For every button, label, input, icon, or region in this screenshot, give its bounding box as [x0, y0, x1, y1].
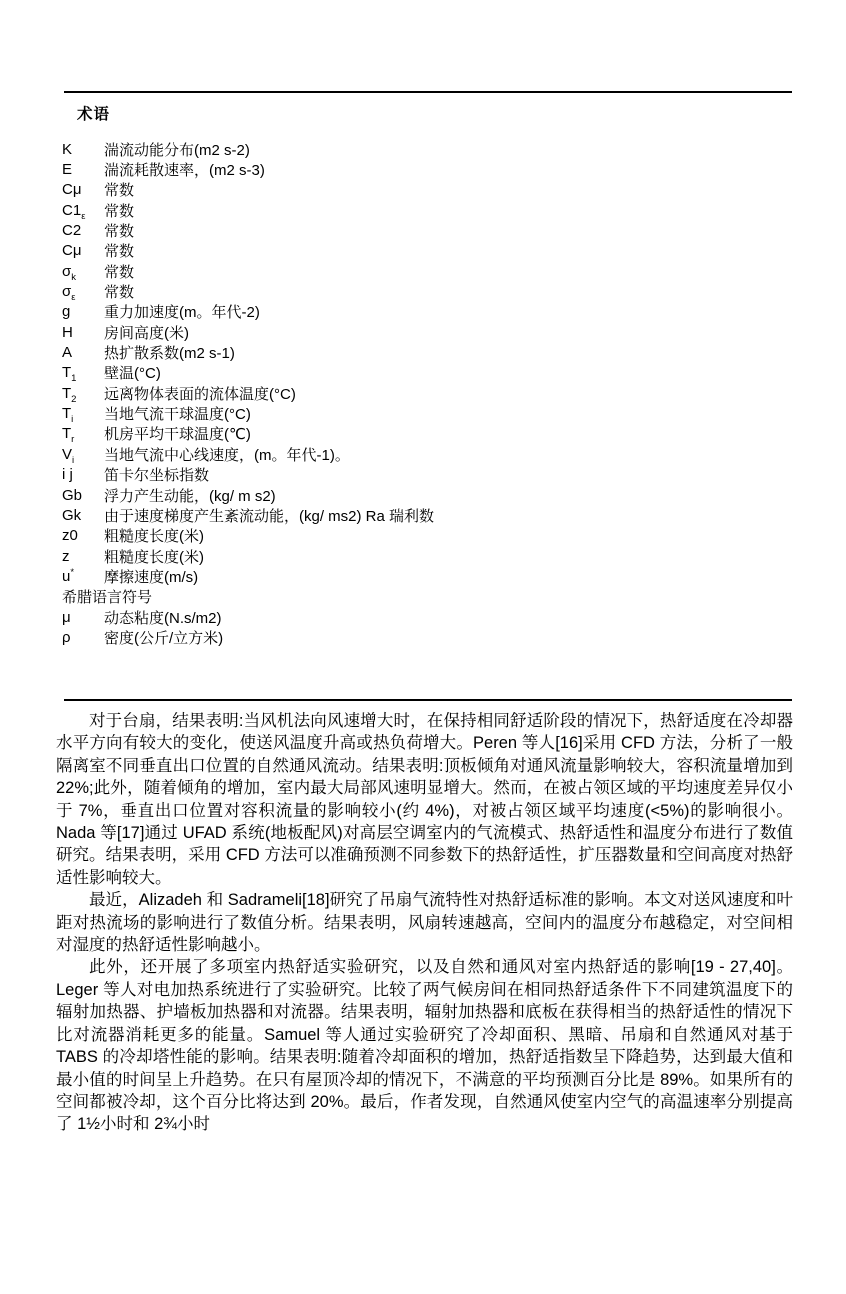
nomenclature-heading: 术语 — [77, 102, 110, 124]
bottom-divider-rule — [64, 699, 792, 701]
paragraph-experimental-studies: 此外，还开展了多项室内热舒适实验研究，以及自然和通风对室内热舒适的影响[19 -… — [56, 956, 793, 1135]
nomenclature-row: Ti 当地气流干球温度(°C) — [62, 403, 786, 423]
symbol: z0 — [62, 527, 104, 544]
definition: 粗糙度长度(米) — [104, 546, 786, 567]
symbol: g — [62, 303, 104, 320]
definition: 动态粘度(N.s/m2) — [104, 607, 786, 628]
nomenclature-row: Vi 当地气流中心线速度，(m。年代-1)。 — [62, 444, 786, 464]
nomenclature-row: u* 摩擦速度(m/s) — [62, 566, 786, 586]
nomenclature-row: Gb 浮力产生动能，(kg/ m s2) — [62, 485, 786, 505]
symbol: σε — [62, 283, 104, 300]
definition: 粗糙度长度(米) — [104, 525, 786, 546]
definition: 当地气流干球温度(°C) — [104, 403, 786, 424]
nomenclature-row: K 湍流动能分布(m2 s-2) — [62, 139, 786, 159]
symbol: Ti — [62, 405, 104, 422]
definition: 常数 — [104, 240, 786, 261]
definition: 由于速度梯度产生紊流动能，(kg/ ms2) Ra 瑞利数 — [104, 505, 786, 526]
nomenclature-row: ρ 密度(公斤/立方米) — [62, 627, 786, 647]
symbol: A — [62, 344, 104, 361]
nomenclature-row: Cμ 常数 — [62, 241, 786, 261]
definition: 热扩散系数(m2 s-1) — [104, 342, 786, 363]
symbol: σk — [62, 263, 104, 280]
nomenclature-row: μ 动态粘度(N.s/m2) — [62, 607, 786, 627]
definition: 常数 — [104, 220, 786, 241]
nomenclature-row: Gk 由于速度梯度产生紊流动能，(kg/ ms2) Ra 瑞利数 — [62, 505, 786, 525]
symbol: i j — [62, 466, 104, 483]
definition: 浮力产生动能，(kg/ m s2) — [104, 485, 786, 506]
definition: 常数 — [104, 179, 786, 200]
definition: 密度(公斤/立方米) — [104, 627, 786, 648]
symbol: T1 — [62, 364, 104, 381]
definition: 常数 — [104, 281, 786, 302]
nomenclature-row: g 重力加速度(m。年代-2) — [62, 302, 786, 322]
definition: 远离物体表面的流体温度(°C) — [104, 383, 786, 404]
symbol: H — [62, 324, 104, 341]
symbol: Cμ — [62, 242, 104, 259]
definition: 笛卡尔坐标指数 — [104, 464, 786, 485]
nomenclature-row: C1ε 常数 — [62, 200, 786, 220]
definition: 机房平均干球温度(℃) — [104, 423, 786, 444]
symbol: ρ — [62, 629, 104, 646]
definition: 房间高度(米) — [104, 322, 786, 343]
nomenclature-row: i j 笛卡尔坐标指数 — [62, 465, 786, 485]
nomenclature-row: T1 壁温(°C) — [62, 363, 786, 383]
definition: 重力加速度(m。年代-2) — [104, 301, 786, 322]
paragraph-ceiling-fan-study: 最近，Alizadeh 和 Sadrameli[18]研究了吊扇气流特性对热舒适… — [56, 889, 793, 956]
symbol: K — [62, 141, 104, 158]
symbol: Gk — [62, 507, 104, 524]
symbol: Cμ — [62, 181, 104, 198]
nomenclature-list: K 湍流动能分布(m2 s-2) E 湍流耗散速率，(m2 s-3) Cμ 常数… — [62, 139, 786, 648]
symbol: C2 — [62, 222, 104, 239]
symbol: Tr — [62, 425, 104, 442]
nomenclature-row: z0 粗糙度长度(米) — [62, 526, 786, 546]
definition: 壁温(°C) — [104, 362, 786, 383]
nomenclature-row: σε 常数 — [62, 281, 786, 301]
nomenclature-row: σk 常数 — [62, 261, 786, 281]
symbol: u* — [62, 568, 104, 585]
paragraph-fan-cfd-studies: 对于台扇，结果表明:当风机法向风速增大时，在保持相同舒适阶段的情况下，热舒适度在… — [56, 710, 793, 889]
symbol: C1ε — [62, 202, 104, 219]
symbol: E — [62, 161, 104, 178]
definition: 常数 — [104, 200, 786, 221]
definition: 湍流动能分布(m2 s-2) — [104, 139, 786, 160]
nomenclature-row: H 房间高度(米) — [62, 322, 786, 342]
definition: 湍流耗散速率，(m2 s-3) — [104, 159, 786, 180]
symbol: T2 — [62, 385, 104, 402]
nomenclature-row: A 热扩散系数(m2 s-1) — [62, 342, 786, 362]
body-text: 对于台扇，结果表明:当风机法向风速增大时，在保持相同舒适阶段的情况下，热舒适度在… — [56, 710, 793, 1136]
nomenclature-row: C2 常数 — [62, 220, 786, 240]
symbol: z — [62, 548, 104, 565]
symbol: Gb — [62, 487, 104, 504]
nomenclature-row: T2 远离物体表面的流体温度(°C) — [62, 383, 786, 403]
definition: 摩擦速度(m/s) — [104, 566, 786, 587]
nomenclature-row: Cμ 常数 — [62, 180, 786, 200]
document-page: 术语 K 湍流动能分布(m2 s-2) E 湍流耗散速率，(m2 s-3) Cμ… — [0, 0, 846, 1294]
nomenclature-row: Tr 机房平均干球温度(℃) — [62, 424, 786, 444]
definition: 当地气流中心线速度，(m。年代-1)。 — [104, 444, 786, 465]
nomenclature-section-label: 希腊语言符号 — [62, 587, 786, 607]
nomenclature-row: z 粗糙度长度(米) — [62, 546, 786, 566]
greek-symbols-label: 希腊语言符号 — [62, 586, 786, 607]
definition: 常数 — [104, 261, 786, 282]
nomenclature-row: E 湍流耗散速率，(m2 s-3) — [62, 159, 786, 179]
symbol: μ — [62, 609, 104, 626]
top-divider-rule — [64, 91, 792, 93]
symbol: Vi — [62, 446, 104, 463]
